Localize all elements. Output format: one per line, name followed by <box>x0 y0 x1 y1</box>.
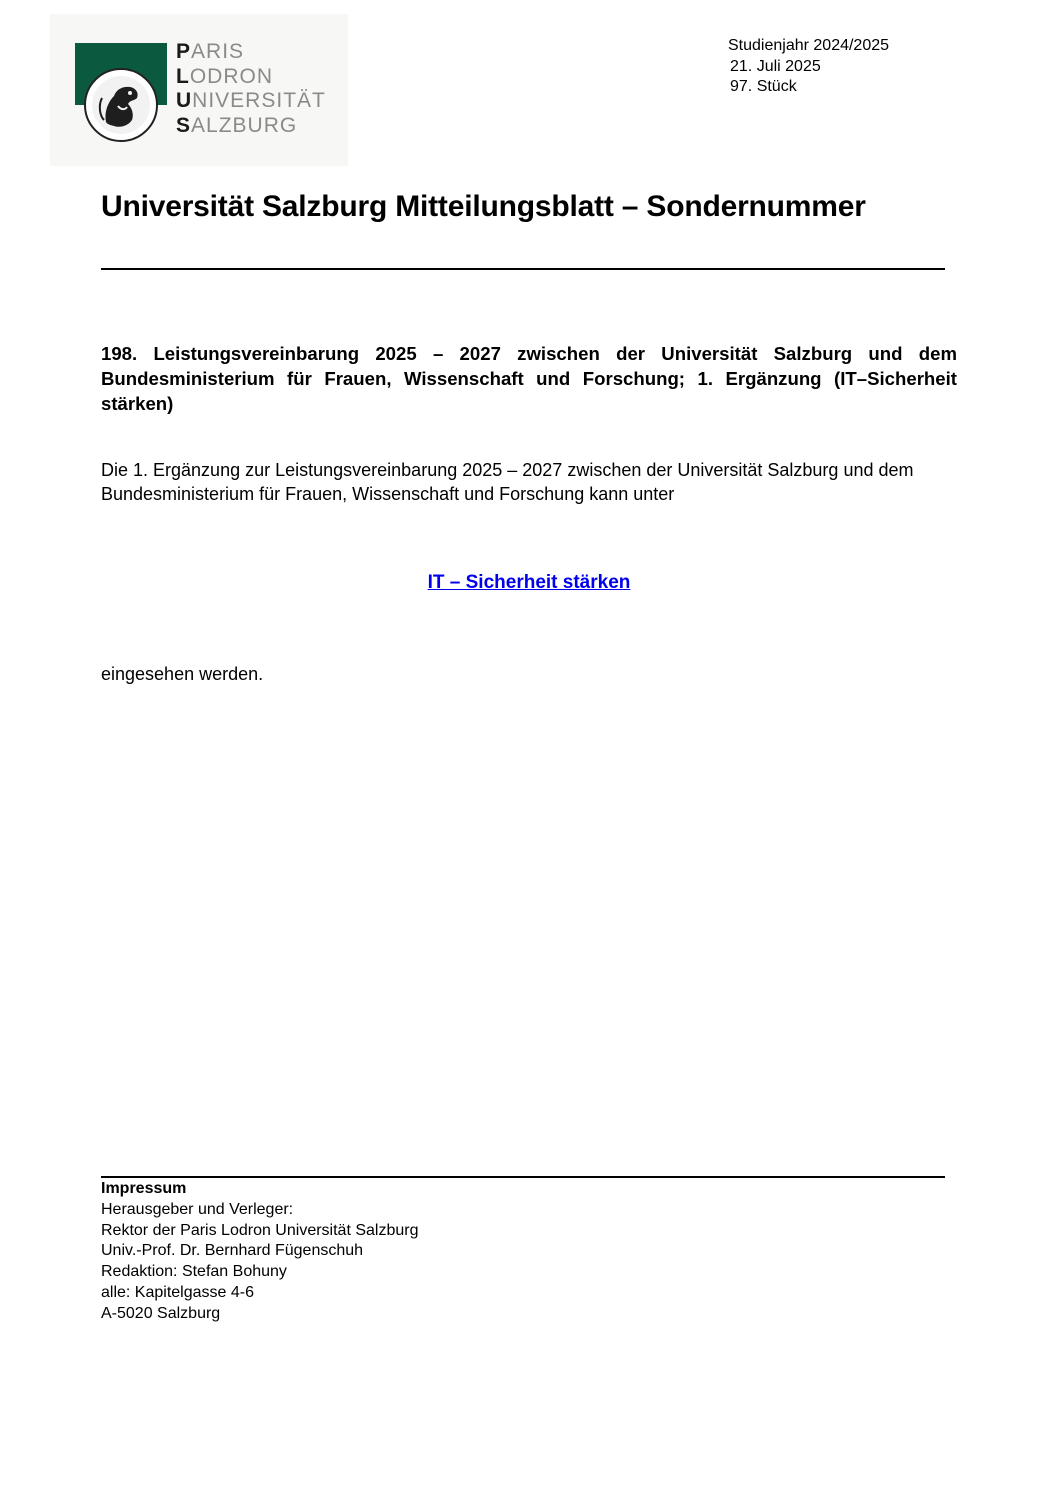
imprint: Impressum Herausgeber und Verleger: Rekt… <box>101 1179 418 1325</box>
issue-meta: Studienjahr 2024/2025 21. Juli 2025 97. … <box>728 36 889 98</box>
it-security-link[interactable]: IT – Sicherheit stärken <box>428 572 631 593</box>
issue-date: 21. Juli 2025 <box>728 57 889 78</box>
imprint-line: Univ.-Prof. Dr. Bernhard Fügenschuh <box>101 1241 418 1262</box>
imprint-line: alle: Kapitelgasse 4-6 <box>101 1283 418 1304</box>
closing-text: eingesehen werden. <box>101 664 263 685</box>
title-divider <box>101 268 945 270</box>
imprint-heading: Impressum <box>101 1179 418 1200</box>
page-title: Universität Salzburg Mitteilungsblatt – … <box>101 190 866 224</box>
issue-number: 97. Stück <box>728 77 889 98</box>
imprint-divider <box>101 1176 945 1178</box>
university-logo: PARIS LODRON UNIVERSITÄT SALZBURG <box>50 14 348 166</box>
section-heading: 198. Leistungsvereinbarung 2025 – 2027 z… <box>101 341 957 416</box>
lion-seal-icon <box>84 68 158 142</box>
imprint-line: Rektor der Paris Lodron Universität Salz… <box>101 1221 418 1242</box>
imprint-line: Redaktion: Stefan Bohuny <box>101 1262 418 1283</box>
link-container: IT – Sicherheit stärken <box>0 572 1058 594</box>
academic-year: Studienjahr 2024/2025 <box>728 36 889 57</box>
imprint-line: Herausgeber und Verleger: <box>101 1200 418 1221</box>
body-paragraph: Die 1. Ergänzung zur Leistungsvereinbaru… <box>101 458 961 506</box>
logo-wordmark: PARIS LODRON UNIVERSITÄT SALZBURG <box>176 40 326 138</box>
imprint-line: A-5020 Salzburg <box>101 1304 418 1325</box>
